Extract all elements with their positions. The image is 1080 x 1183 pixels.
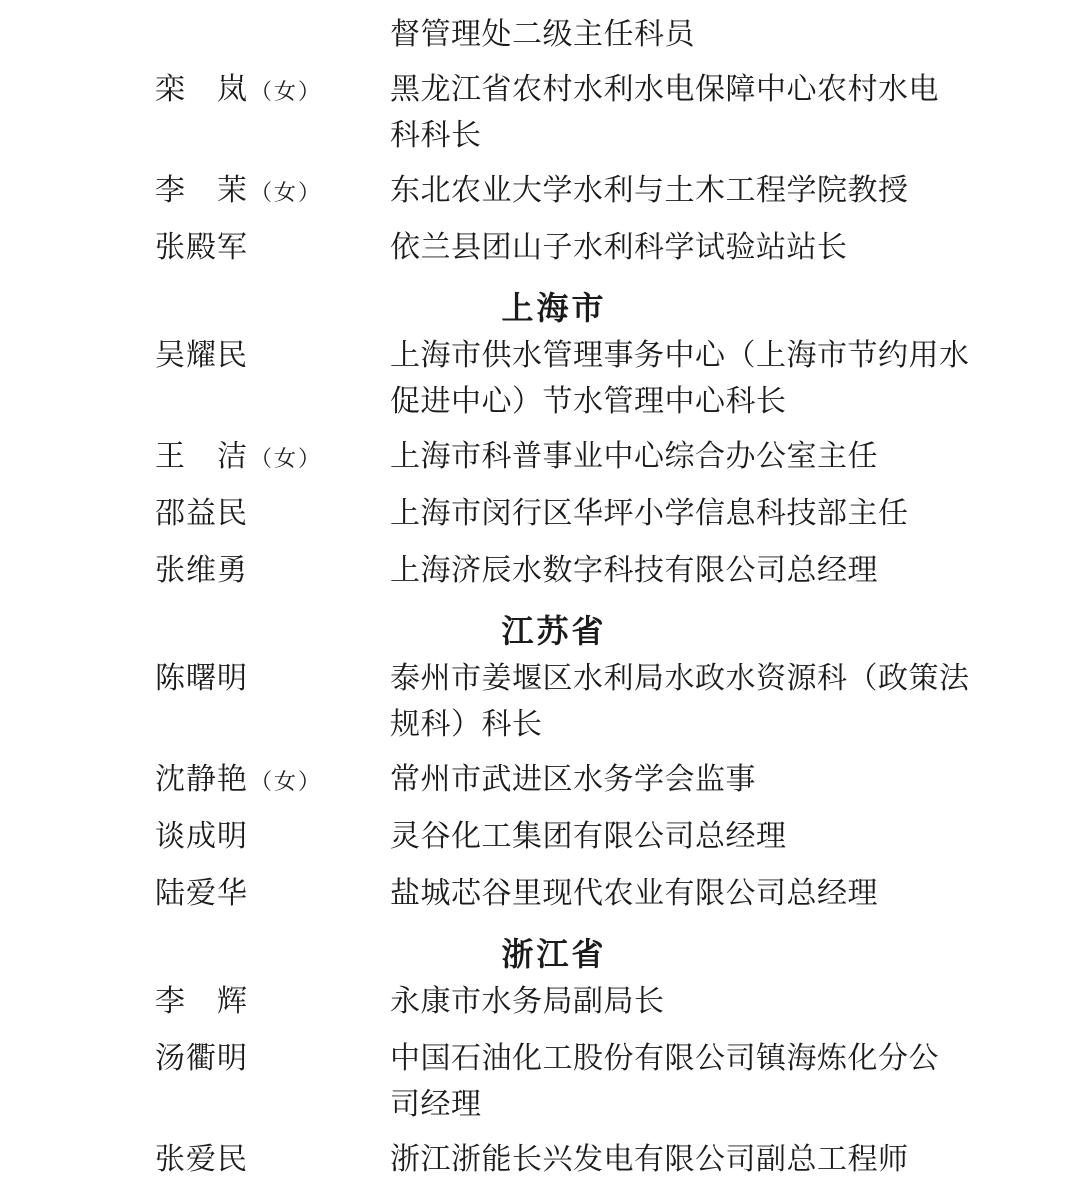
gender-mark <box>248 1149 250 1174</box>
gender-mark <box>248 560 250 585</box>
position-text: 上海市供水管理事务中心（上海市节约用水 促进中心）节水管理中心科长 <box>390 333 1040 425</box>
award-entry: 沈静艳（女） 常州市武进区水务学会监事 <box>155 757 1040 805</box>
position-text: 依兰县团山子水利科学试验站站长 <box>390 225 1040 271</box>
gender-mark <box>248 668 250 693</box>
gender-mark <box>248 345 250 370</box>
gender-mark: （女） <box>248 180 322 205</box>
name-column: 邵益民 <box>155 491 390 539</box>
person-name: 李 茉 <box>155 174 248 207</box>
person-name: 谈成明 <box>155 820 248 853</box>
award-entry: 陈曙明 泰州市姜堰区水利局水政水资源科（政策法 规科）科长 <box>155 656 1040 748</box>
position-text: 上海市科普事业中心综合办公室主任 <box>390 434 1040 480</box>
award-entry: 张殿军 依兰县团山子水利科学试验站站长 <box>155 225 1040 273</box>
name-column: 陈曙明 <box>155 656 390 704</box>
section-header-jiangsu: 江苏省 <box>14 608 1080 654</box>
person-name: 邵益民 <box>155 497 248 530</box>
position-text: 灵谷化工集团有限公司总经理 <box>390 814 1040 860</box>
award-entry: 谈成明 灵谷化工集团有限公司总经理 <box>155 814 1040 862</box>
award-entry: 张爱民 浙江浙能长兴发电有限公司副总工程师 <box>155 1137 1040 1183</box>
name-column: 沈静艳（女） <box>155 757 390 805</box>
position-text: 上海济辰水数字科技有限公司总经理 <box>390 548 1040 594</box>
gender-mark <box>248 1048 250 1073</box>
person-name: 沈静艳 <box>155 763 248 796</box>
position-text: 上海市闵行区华坪小学信息科技部主任 <box>390 491 1040 537</box>
gender-mark: （女） <box>248 769 322 794</box>
name-column: 张维勇 <box>155 548 390 596</box>
person-name: 陆爱华 <box>155 877 248 910</box>
section-header-zhejiang: 浙江省 <box>14 931 1080 977</box>
gender-mark <box>248 237 250 262</box>
person-name: 张爱民 <box>155 1143 248 1176</box>
gender-mark <box>248 503 250 528</box>
name-column: 汤衢明 <box>155 1036 390 1084</box>
name-column: 李 茉（女） <box>155 168 390 216</box>
name-column: 李 辉 <box>155 979 390 1027</box>
award-entry: 王 洁（女） 上海市科普事业中心综合办公室主任 <box>155 434 1040 482</box>
position-text: 黑龙江省农村水利水电保障中心农村水电 科科长 <box>390 67 1040 159</box>
position-text: 东北农业大学水利与土木工程学院教授 <box>390 168 1040 214</box>
position-text: 督管理处二级主任科员 <box>390 12 1040 58</box>
name-column: 陆爱华 <box>155 871 390 919</box>
gender-mark <box>248 991 250 1016</box>
award-entry: 栾 岚（女） 黑龙江省农村水利水电保障中心农村水电 科科长 <box>155 67 1040 159</box>
gender-mark <box>248 883 250 908</box>
award-entry: 吴耀民 上海市供水管理事务中心（上海市节约用水 促进中心）节水管理中心科长 <box>155 333 1040 425</box>
gender-mark: （女） <box>248 446 322 471</box>
position-text: 盐城芯谷里现代农业有限公司总经理 <box>390 871 1040 917</box>
person-name: 李 辉 <box>155 985 248 1018</box>
person-name: 张维勇 <box>155 554 248 587</box>
award-entry: 张维勇 上海济辰水数字科技有限公司总经理 <box>155 548 1040 596</box>
name-column: 谈成明 <box>155 814 390 862</box>
person-name: 栾 岚 <box>155 73 248 106</box>
person-name: 吴耀民 <box>155 339 248 372</box>
gender-mark <box>248 826 250 851</box>
carryover-entry: 督管理处二级主任科员 <box>155 12 1040 58</box>
name-column: 栾 岚（女） <box>155 67 390 115</box>
award-entry: 李 茉（女） 东北农业大学水利与土木工程学院教授 <box>155 168 1040 216</box>
person-name: 王 洁 <box>155 440 248 473</box>
person-name: 汤衢明 <box>155 1042 248 1075</box>
name-column: 王 洁（女） <box>155 434 390 482</box>
document-page: 督管理处二级主任科员 栾 岚（女） 黑龙江省农村水利水电保障中心农村水电 科科长… <box>0 0 1080 1183</box>
position-text: 永康市水务局副局长 <box>390 979 1040 1025</box>
section-header-shanghai: 上海市 <box>14 285 1080 331</box>
person-name: 陈曙明 <box>155 662 248 695</box>
award-entry: 邵益民 上海市闵行区华坪小学信息科技部主任 <box>155 491 1040 539</box>
person-name: 张殿军 <box>155 231 248 264</box>
name-column: 张爱民 <box>155 1137 390 1183</box>
position-text: 浙江浙能长兴发电有限公司副总工程师 <box>390 1137 1040 1183</box>
position-text: 常州市武进区水务学会监事 <box>390 757 1040 803</box>
position-text: 泰州市姜堰区水利局水政水资源科（政策法 规科）科长 <box>390 656 1040 748</box>
award-entry: 汤衢明 中国石油化工股份有限公司镇海炼化分公 司经理 <box>155 1036 1040 1128</box>
name-column: 吴耀民 <box>155 333 390 381</box>
position-text: 中国石油化工股份有限公司镇海炼化分公 司经理 <box>390 1036 1040 1128</box>
name-column: 张殿军 <box>155 225 390 273</box>
award-entry: 李 辉 永康市水务局副局长 <box>155 979 1040 1027</box>
gender-mark: （女） <box>248 79 322 104</box>
award-entry: 陆爱华 盐城芯谷里现代农业有限公司总经理 <box>155 871 1040 919</box>
